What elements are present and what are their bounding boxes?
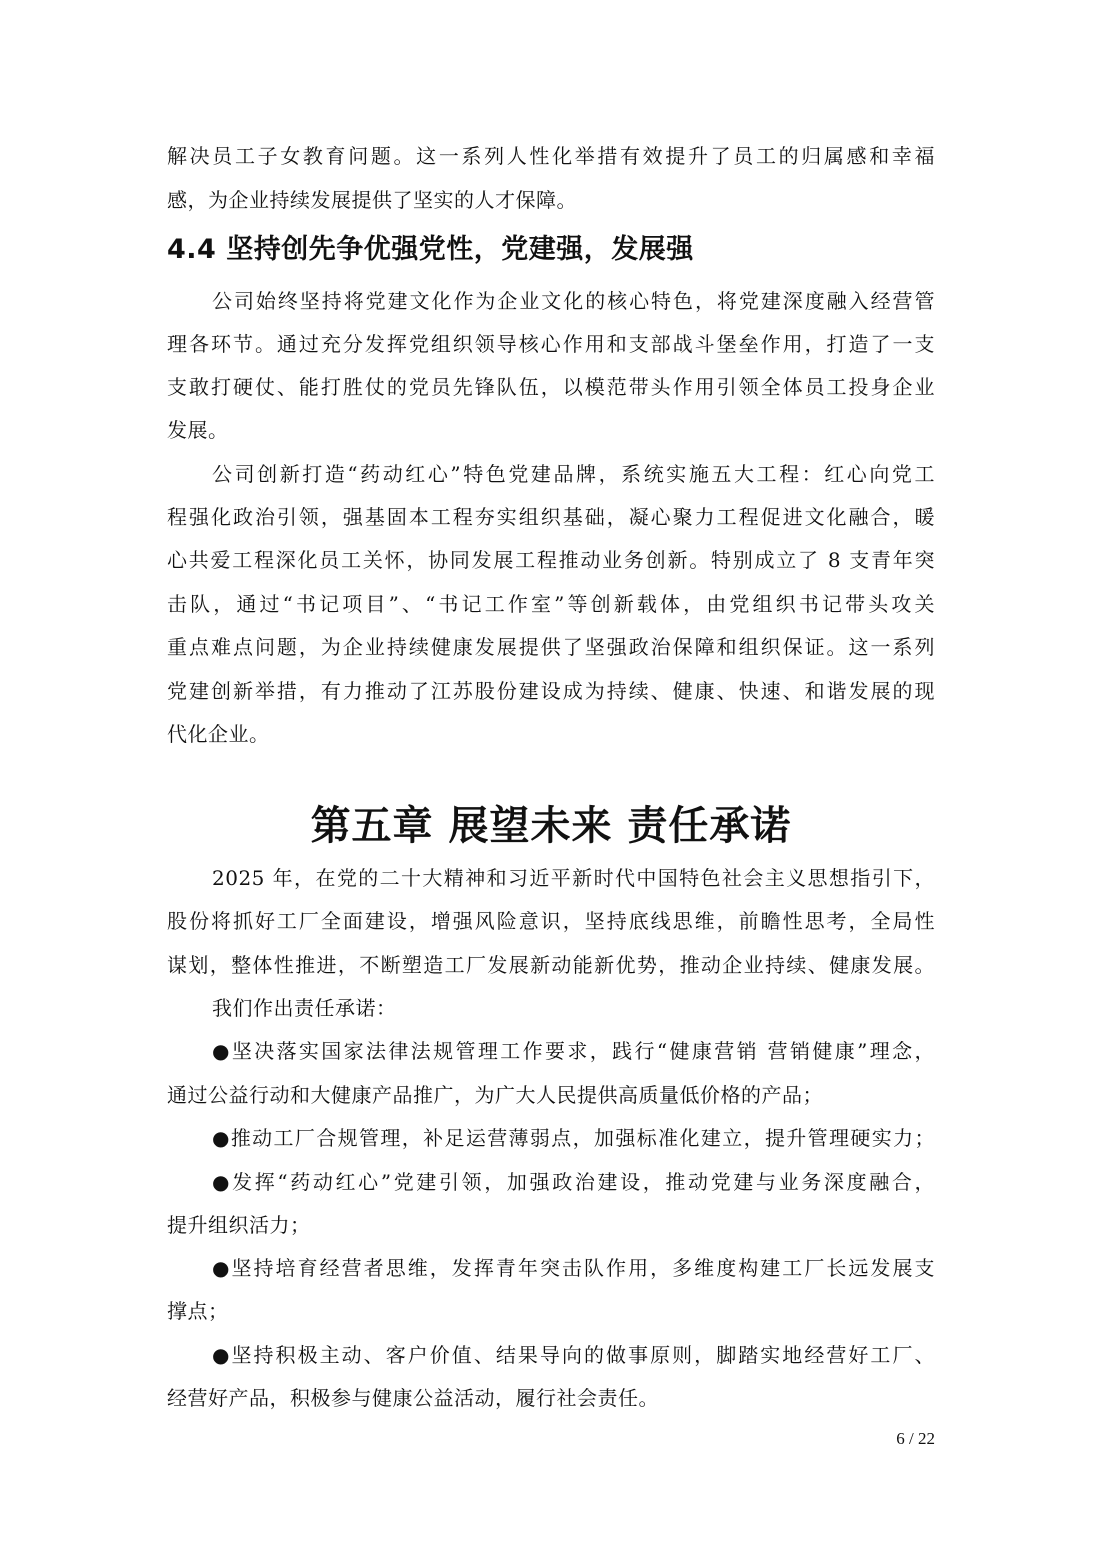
commitment-item-continuation: 撑点； xyxy=(167,1297,935,1325)
commitment-item: ●坚决落实国家法律法规管理工作要求，践行“健康营销 营销健康”理念， xyxy=(212,1037,935,1065)
paragraph-line: 公司创新打造“药动红心”特色党建品牌，系统实施五大工程：红心向党工 xyxy=(212,460,935,488)
section-heading: 4.4 坚持创先争优强党性，党建强，发展强 xyxy=(167,232,694,268)
commitment-lead: 我们作出责任承诺： xyxy=(212,994,935,1022)
paragraph-line: 党建创新举措，有力推动了江苏股份建设成为持续、健康、快速、和谐发展的现 xyxy=(167,677,935,705)
commitment-item: ●坚持培育经营者思维，发挥青年突击队作用，多维度构建工厂长远发展支 xyxy=(212,1254,935,1282)
commitment-item: ●坚持积极主动、客户价值、结果导向的做事原则，脚踏实地经营好工厂、 xyxy=(212,1341,935,1369)
paragraph-line: 发展。 xyxy=(167,416,935,444)
paragraph-line: 公司始终坚持将党建文化作为企业文化的核心特色，将党建深度融入经营管 xyxy=(212,287,935,315)
paragraph-line: 心共爱工程深化员工关怀，协同发展工程推动业务创新。特别成立了 8 支青年突 xyxy=(167,546,935,574)
commitment-item: ●发挥“药动红心”党建引领，加强政治建设，推动党建与业务深度融合， xyxy=(212,1168,935,1196)
paragraph-line: 感，为企业持续发展提供了坚实的人才保障。 xyxy=(167,186,935,214)
paragraph-line: 击队，通过“书记项目”、“书记工作室”等创新载体，由党组织书记带头攻关 xyxy=(167,590,935,618)
paragraph-line: 谋划，整体性推进，不断塑造工厂发展新动能新优势，推动企业持续、健康发展。 xyxy=(167,951,935,979)
paragraph-line: 代化企业。 xyxy=(167,720,935,748)
paragraph-line: 2025 年，在党的二十大精神和习近平新时代中国特色社会主义思想指引下， xyxy=(212,864,935,892)
paragraph-line: 重点难点问题，为企业持续健康发展提供了坚强政治保障和组织保证。这一系列 xyxy=(167,633,935,661)
document-page: 解决员工子女教育问题。这一系列人性化举措有效提升了员工的归属感和幸福 感，为企业… xyxy=(0,0,1102,1559)
chapter-title: 第五章 展望未来 责任承诺 xyxy=(0,800,1102,852)
paragraph-line: 理各环节。通过充分发挥党组织领导核心作用和支部战斗堡垒作用，打造了一支 xyxy=(167,330,935,358)
paragraph-line: 解决员工子女教育问题。这一系列人性化举措有效提升了员工的归属感和幸福 xyxy=(167,142,935,170)
paragraph-line: 股份将抓好工厂全面建设，增强风险意识，坚持底线思维，前瞻性思考，全局性 xyxy=(167,907,935,935)
paragraph-line: 程强化政治引领，强基固本工程夯实组织基础，凝心聚力工程促进文化融合，暖 xyxy=(167,503,935,531)
page-number: 6 / 22 xyxy=(896,1428,935,1450)
commitment-item-continuation: 提升组织活力； xyxy=(167,1211,935,1239)
paragraph-line: 支敢打硬仗、能打胜仗的党员先锋队伍，以模范带头作用引领全体员工投身企业 xyxy=(167,373,935,401)
commitment-item-continuation: 经营好产品，积极参与健康公益活动，履行社会责任。 xyxy=(167,1384,935,1412)
commitment-item: ●推动工厂合规管理，补足运营薄弱点，加强标准化建立，提升管理硬实力； xyxy=(212,1124,935,1152)
commitment-item-continuation: 通过公益行动和大健康产品推广，为广大人民提供高质量低价格的产品； xyxy=(167,1081,935,1109)
